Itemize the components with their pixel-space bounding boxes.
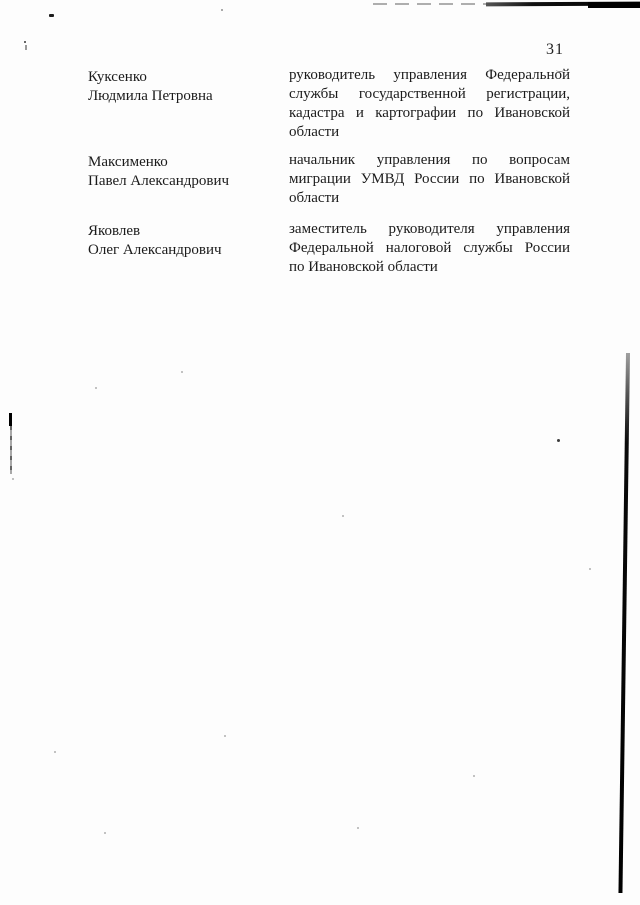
title-line: области bbox=[289, 123, 570, 142]
name-line: Олег Александрович bbox=[88, 241, 288, 260]
title-line: кадастра и картографии по Ивановской bbox=[289, 104, 570, 123]
title-line: службы государственной регистрации, bbox=[289, 85, 570, 104]
scan-artifact-left-line bbox=[10, 426, 12, 474]
signatory-name: Яковлев Олег Александрович bbox=[88, 222, 288, 260]
scan-artifact-speck bbox=[342, 515, 344, 517]
scan-artifact-speck bbox=[224, 735, 226, 737]
scan-artifact-mark bbox=[25, 45, 27, 50]
name-line: Куксенко bbox=[88, 68, 288, 87]
scan-artifact-top-edge-bar bbox=[486, 2, 640, 7]
signatory-title: начальник управления по вопросам миграци… bbox=[289, 151, 570, 208]
page-number: 31 bbox=[546, 41, 580, 59]
scan-artifact-speck bbox=[221, 9, 223, 11]
scan-artifact-speck bbox=[54, 751, 56, 753]
scan-artifact-left-line bbox=[9, 413, 12, 426]
signatory-name: Куксенко Людмила Петровна bbox=[88, 68, 288, 106]
title-line: руководитель управления Федеральной bbox=[289, 66, 570, 85]
scan-artifact-speck bbox=[357, 827, 359, 829]
name-line: Людмила Петровна bbox=[88, 87, 288, 106]
scan-artifact-top-edge-bar-thick bbox=[588, 2, 640, 8]
scanned-document-page: 31 Куксенко Людмила Петровна руководител… bbox=[0, 0, 640, 905]
title-line: заместитель руководителя управления bbox=[289, 220, 570, 239]
title-line: по Ивановской области bbox=[289, 258, 570, 277]
scan-artifact-mark bbox=[24, 41, 26, 43]
title-line: области bbox=[289, 189, 570, 208]
name-line: Максименко bbox=[88, 153, 288, 172]
title-line: начальник управления по вопросам bbox=[289, 151, 570, 170]
scan-artifact-speck bbox=[12, 478, 14, 480]
scan-artifact-speck bbox=[95, 387, 97, 389]
signatory-title: заместитель руководителя управления Феде… bbox=[289, 220, 570, 277]
scan-artifact-top-edge-dashes bbox=[373, 3, 493, 5]
name-line: Павел Александрович bbox=[88, 172, 288, 191]
signatory-name: Максименко Павел Александрович bbox=[88, 153, 288, 191]
scan-artifact-dot bbox=[49, 14, 54, 17]
scan-artifact-speck bbox=[473, 775, 475, 777]
title-line: Федеральной налоговой службы России bbox=[289, 239, 570, 258]
name-line: Яковлев bbox=[88, 222, 288, 241]
scan-artifact-speck bbox=[181, 371, 183, 373]
scan-artifact-speck bbox=[104, 832, 106, 834]
signatory-title: руководитель управления Федеральной служ… bbox=[289, 66, 570, 142]
scan-artifact-speck bbox=[589, 568, 591, 570]
scan-artifact-speck bbox=[557, 439, 560, 442]
scan-artifact-right-edge-line bbox=[618, 353, 630, 893]
title-line: миграции УМВД России по Ивановской bbox=[289, 170, 570, 189]
